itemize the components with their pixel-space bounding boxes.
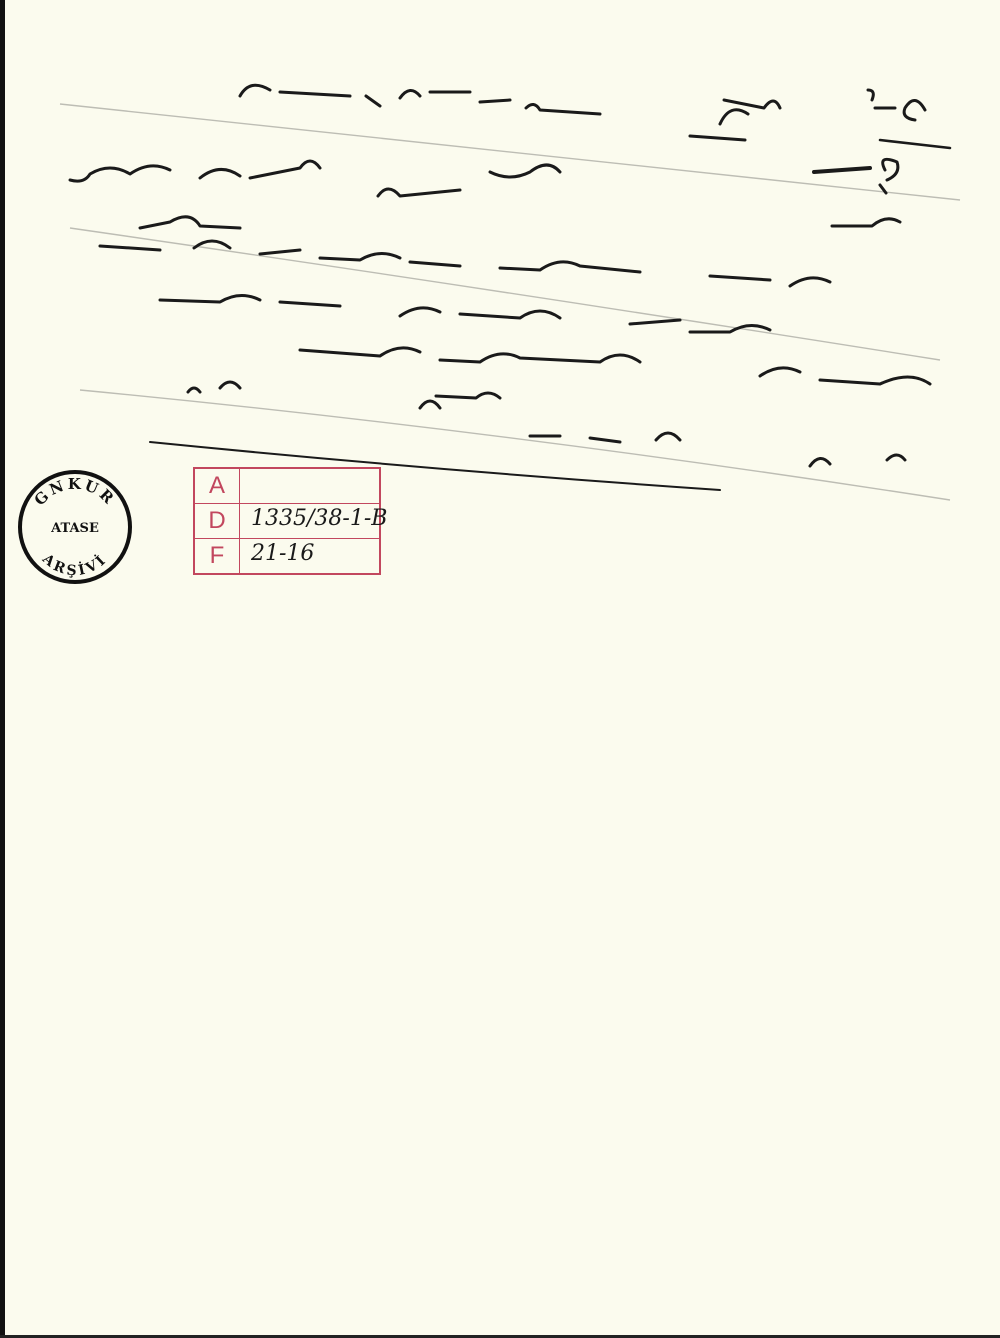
archive-reference-box: A D 1335/38-1-B F 21-16 xyxy=(193,467,381,575)
ref-label: F xyxy=(195,539,240,573)
handwritten-text xyxy=(0,0,1000,620)
archive-stamp: GNKUR ATASE ARŞİVİ xyxy=(16,468,134,586)
ref-value: 21-16 xyxy=(251,541,314,566)
ref-row-a: A xyxy=(195,469,379,504)
ref-label: D xyxy=(195,504,240,538)
ref-value: 1335/38-1-B xyxy=(251,506,387,531)
ref-row-d: D 1335/38-1-B xyxy=(195,504,379,539)
ref-row-f: F 21-16 xyxy=(195,539,379,573)
stamp-center-text: ATASE xyxy=(50,521,99,536)
ref-label: A xyxy=(195,469,240,503)
